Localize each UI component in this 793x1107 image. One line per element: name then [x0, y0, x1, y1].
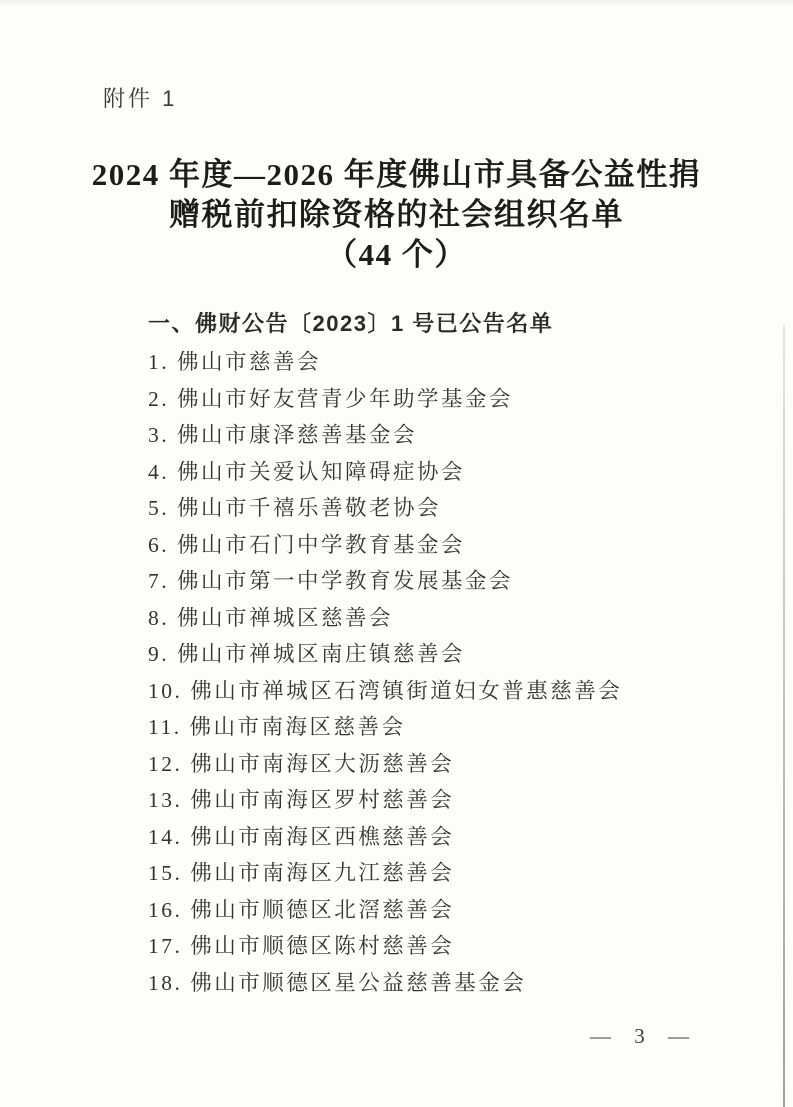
scan-artifact-top-smudge: [0, 0, 793, 6]
list-item: 7. 佛山市第一中学教育发展基金会: [148, 566, 748, 603]
list-item: 1. 佛山市慈善会: [148, 347, 748, 384]
list-item: 15. 佛山市南海区九江慈善会: [148, 858, 748, 895]
list-item: 3. 佛山市康泽慈善基金会: [148, 420, 748, 457]
attachment-label: 附件 1: [103, 82, 177, 113]
organization-list: 1. 佛山市慈善会 2. 佛山市好友营青少年助学基金会 3. 佛山市康泽慈善基金…: [148, 347, 748, 1004]
page-number: — 3 —: [590, 1024, 698, 1049]
list-item: 12. 佛山市南海区大沥慈善会: [148, 749, 748, 786]
list-item: 13. 佛山市南海区罗村慈善会: [148, 785, 748, 822]
list-item: 17. 佛山市顺德区陈村慈善会: [148, 931, 748, 968]
list-item: 11. 佛山市南海区慈善会: [148, 712, 748, 749]
document-title: 2024 年度—2026 年度佛山市具备公益性捐 赠税前扣除资格的社会组织名单 …: [0, 155, 793, 275]
list-item: 6. 佛山市石门中学教育基金会: [148, 530, 748, 567]
list-item: 5. 佛山市千禧乐善敬老协会: [148, 493, 748, 530]
scan-artifact-line: [783, 325, 785, 1107]
document-title-line-3: （44 个）: [0, 235, 793, 275]
list-item: 16. 佛山市顺德区北滘慈善会: [148, 895, 748, 932]
list-item: 14. 佛山市南海区西樵慈善会: [148, 822, 748, 859]
list-item: 9. 佛山市禅城区南庄镇慈善会: [148, 639, 748, 676]
list-item: 2. 佛山市好友营青少年助学基金会: [148, 384, 748, 421]
list-item: 4. 佛山市关爱认知障碍症协会: [148, 457, 748, 494]
list-item: 18. 佛山市顺德区星公益慈善基金会: [148, 968, 748, 1005]
document-title-line-1: 2024 年度—2026 年度佛山市具备公益性捐: [0, 155, 793, 195]
document-page: 附件 1 2024 年度—2026 年度佛山市具备公益性捐 赠税前扣除资格的社会…: [0, 0, 793, 1107]
list-item: 10. 佛山市禅城区石湾镇街道妇女普惠慈善会: [148, 676, 748, 713]
section-heading: 一、佛财公告〔2023〕1 号已公告名单: [148, 307, 553, 338]
document-title-line-2: 赠税前扣除资格的社会组织名单: [0, 195, 793, 235]
list-item: 8. 佛山市禅城区慈善会: [148, 603, 748, 640]
